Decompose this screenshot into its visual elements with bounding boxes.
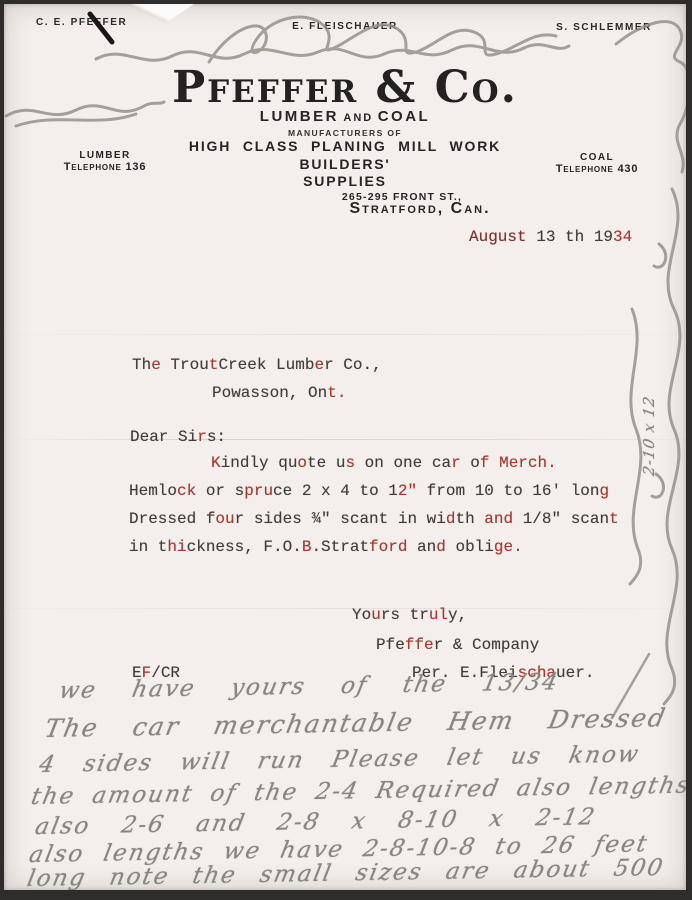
- trade-word-coal: COAL: [378, 108, 431, 125]
- lumber-phone-number: Telephone 136: [40, 161, 170, 173]
- top-right-corner-scrawl: [616, 22, 690, 172]
- right-margin-loop-2: [652, 474, 664, 497]
- principal-name-left: C. E. PFEFFER: [36, 17, 127, 28]
- trade-word-lumber: LUMBER: [260, 108, 339, 125]
- letter-date: August 13 th 1934: [469, 228, 632, 246]
- salutation: Dear Sirs:: [130, 428, 226, 446]
- pencil-note-line-2: The car merchantable Hem Dressed: [42, 703, 669, 743]
- fold-crease: [4, 608, 686, 609]
- trade-line: LUMBER AND COAL: [260, 108, 430, 126]
- principal-name-center: E. FLEISCHAUER: [292, 21, 398, 32]
- corner-fold-crease: [116, 4, 194, 34]
- lumber-telephone-block: LUMBER Telephone 136: [40, 150, 170, 173]
- fold-crease: [4, 334, 686, 335]
- lumber-dept-label: LUMBER: [40, 150, 170, 161]
- recipient-line-1: The TroutCreek Lumber Co.,: [132, 356, 382, 374]
- trade-word-and: AND: [343, 112, 373, 124]
- city-line: Stratford, Can.: [349, 200, 490, 218]
- pencil-margin-token: 2-10 x 12: [640, 394, 658, 477]
- body-line-1: Kindly quote us on one car of Merch.: [211, 454, 557, 472]
- right-margin-loop-1: [654, 244, 666, 267]
- body-line-3: Dressed four sides ¾" scant in width and…: [129, 510, 619, 528]
- coal-dept-label: COAL: [532, 152, 662, 163]
- body-line-2: Hemlock or spruce 2 x 4 to 12" from 10 t…: [129, 482, 609, 500]
- manufacturers-of-line: MANUFACTURERS OF: [288, 128, 402, 138]
- company-name: Pfeffer & Co.: [172, 62, 518, 113]
- principal-name-right: S. SCHLEMMER: [556, 22, 652, 33]
- product-line-mill-work: HIGH CLASS PLANING MILL WORK: [189, 138, 501, 154]
- pencil-note-line-3: 4 sides will run Please let us know: [37, 742, 642, 778]
- closing-company: Pfeffer & Company: [376, 636, 539, 654]
- coal-telephone-block: COAL Telephone 430: [532, 152, 662, 175]
- top-scrawl-lower: [96, 45, 569, 61]
- closing-yours-truly: Yours truly,: [352, 606, 467, 624]
- body-line-4: in thickness, F.O.B.Stratford and oblige…: [129, 538, 523, 556]
- recipient-line-2: Powasson, Ont.: [212, 384, 346, 402]
- product-line-builders: BUILDERS': [299, 156, 390, 172]
- fold-crease: [4, 439, 686, 440]
- top-scrawl-left-tail: [6, 102, 164, 116]
- coal-phone-number: Telephone 430: [532, 163, 662, 175]
- right-margin-scrawl-long: [664, 189, 680, 704]
- product-line-supplies: SUPPLIES: [303, 173, 387, 189]
- top-scrawl-left-cross: [16, 114, 136, 126]
- scanned-letter-page: C. E. PFEFFER E. FLEISCHAUER S. SCHLEMME…: [0, 0, 692, 900]
